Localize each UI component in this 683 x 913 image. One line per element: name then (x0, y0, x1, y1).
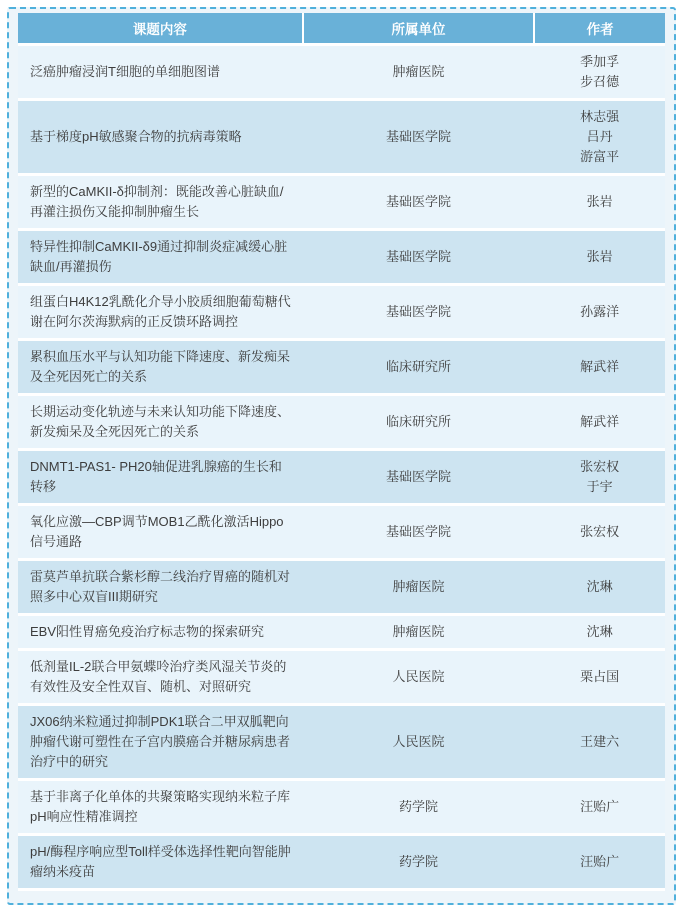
author-name: 汪贻广 (542, 797, 657, 817)
unit-cell: 基础医学院 (303, 230, 535, 285)
author-cell: 沈琳 (534, 560, 665, 615)
author-cell: 王建六 (534, 705, 665, 780)
author-name: 林志强 (542, 107, 657, 127)
table-row: 氧化应激—CBP调节MOB1乙酰化激活Hippo信号通路 基础医学院 张宏权 (18, 505, 665, 560)
topic-cell: EBV阳性胃癌免疫治疗标志物的探索研究 (18, 615, 303, 650)
table-row: 组蛋白H4K12乳酰化介导小胶质细胞葡萄糖代谢在阿尔茨海默病的正反馈环路调控 基… (18, 285, 665, 340)
table-row: DNMT1-PAS1- PH20轴促进乳腺癌的生长和转移 基础医学院 张宏权于宇 (18, 450, 665, 505)
table-row: 新型的CaMKII-δ抑制剂：既能改善心脏缺血/再灌注损伤又能抑制肿瘤生长 基础… (18, 175, 665, 230)
unit-cell: 临床研究所 (303, 395, 535, 450)
table-row: 泛癌肿瘤浸润T细胞的单细胞图谱 肿瘤医院 季加孚步召德 (18, 45, 665, 100)
author-name: 步召德 (542, 72, 657, 92)
author-cell: 张岩 (534, 175, 665, 230)
author-name: 张岩 (542, 192, 657, 212)
author-name: 吕丹 (542, 127, 657, 147)
unit-cell: 肿瘤医院 (303, 615, 535, 650)
table-row: EBV阳性胃癌免疫治疗标志物的探索研究 肿瘤医院 沈琳 (18, 615, 665, 650)
unit-cell: 药学院 (303, 780, 535, 835)
author-name: 汪贻广 (542, 852, 657, 872)
author-name: 栗占国 (542, 667, 657, 687)
unit-cell: 基础医学院 (303, 175, 535, 230)
table-row: 长期运动变化轨迹与未来认知功能下降速度、新发痴呆及全死因死亡的关系 临床研究所 … (18, 395, 665, 450)
column-header-topic: 课题内容 (18, 13, 303, 45)
topic-cell: 基于梯度pH敏感聚合物的抗病毒策略 (18, 100, 303, 175)
topic-cell: 累积血压水平与认知功能下降速度、新发痴呆及全死因死亡的关系 (18, 340, 303, 395)
author-name: 季加孚 (542, 52, 657, 72)
topic-cell: 低剂量IL-2联合甲氨蝶呤治疗类风湿关节炎的有效性及安全性双盲、随机、对照研究 (18, 650, 303, 705)
author-cell: 张宏权 (534, 505, 665, 560)
unit-cell: 肿瘤医院 (303, 45, 535, 100)
unit-cell: 基础医学院 (303, 285, 535, 340)
author-cell: 解武祥 (534, 340, 665, 395)
unit-cell: 肿瘤医院 (303, 560, 535, 615)
topic-cell: pH/酶程序响应型Toll样受体选择性靶向智能肿瘤纳米疫苗 (18, 835, 303, 890)
topic-cell: 雷莫芦单抗联合紫杉醇二线治疗胃癌的随机对照多中心双盲III期研究 (18, 560, 303, 615)
author-name: 张宏权 (542, 522, 657, 542)
table-row: 累积血压水平与认知功能下降速度、新发痴呆及全死因死亡的关系 临床研究所 解武祥 (18, 340, 665, 395)
unit-cell: 基础医学院 (303, 505, 535, 560)
topic-cell: 基于非离子化单体的共聚策略实现纳米粒子库pH响应性精准调控 (18, 780, 303, 835)
author-name: 于宇 (542, 477, 657, 497)
table-header-row: 课题内容 所属单位 作者 (18, 13, 665, 45)
author-cell: 张岩 (534, 230, 665, 285)
table-row: 基于非离子化单体的共聚策略实现纳米粒子库pH响应性精准调控 药学院 汪贻广 (18, 780, 665, 835)
author-cell: 林志强吕丹游富平 (534, 100, 665, 175)
author-name: 沈琳 (542, 577, 657, 597)
unit-cell: 人民医院 (303, 650, 535, 705)
table-row: 基于梯度pH敏感聚合物的抗病毒策略 基础医学院 林志强吕丹游富平 (18, 100, 665, 175)
column-header-author: 作者 (534, 13, 665, 45)
topic-cell: 泛癌肿瘤浸润T细胞的单细胞图谱 (18, 45, 303, 100)
topic-cell: JX06纳米粒通过抑制PDK1联合二甲双胍靶向肿瘤代谢可塑性在子宫内膜癌合并糖尿… (18, 705, 303, 780)
table-row: JX06纳米粒通过抑制PDK1联合二甲双胍靶向肿瘤代谢可塑性在子宫内膜癌合并糖尿… (18, 705, 665, 780)
topic-cell: 长期运动变化轨迹与未来认知功能下降速度、新发痴呆及全死因死亡的关系 (18, 395, 303, 450)
page-frame: 课题内容 所属单位 作者 泛癌肿瘤浸润T细胞的单细胞图谱 肿瘤医院 季加孚步召德… (7, 7, 676, 905)
unit-cell: 临床研究所 (303, 340, 535, 395)
unit-cell: 药学院 (303, 835, 535, 890)
author-name: 游富平 (542, 147, 657, 167)
unit-cell: 人民医院 (303, 705, 535, 780)
author-name: 孙露洋 (542, 302, 657, 322)
author-name: 张宏权 (542, 457, 657, 477)
table-body: 泛癌肿瘤浸润T细胞的单细胞图谱 肿瘤医院 季加孚步召德 基于梯度pH敏感聚合物的… (18, 45, 665, 890)
project-table: 课题内容 所属单位 作者 泛癌肿瘤浸润T细胞的单细胞图谱 肿瘤医院 季加孚步召德… (18, 13, 665, 891)
author-cell: 张宏权于宇 (534, 450, 665, 505)
author-name: 沈琳 (542, 622, 657, 642)
topic-cell: 新型的CaMKII-δ抑制剂：既能改善心脏缺血/再灌注损伤又能抑制肿瘤生长 (18, 175, 303, 230)
author-cell: 孙露洋 (534, 285, 665, 340)
table-row: 特异性抑制CaMKII-δ9通过抑制炎症减缓心脏缺血/再灌损伤 基础医学院 张岩 (18, 230, 665, 285)
column-header-unit: 所属单位 (303, 13, 535, 45)
author-name: 王建六 (542, 732, 657, 752)
author-cell: 季加孚步召德 (534, 45, 665, 100)
table-row: 低剂量IL-2联合甲氨蝶呤治疗类风湿关节炎的有效性及安全性双盲、随机、对照研究 … (18, 650, 665, 705)
author-name: 张岩 (542, 247, 657, 267)
topic-cell: 氧化应激—CBP调节MOB1乙酰化激活Hippo信号通路 (18, 505, 303, 560)
topic-cell: 特异性抑制CaMKII-δ9通过抑制炎症减缓心脏缺血/再灌损伤 (18, 230, 303, 285)
unit-cell: 基础医学院 (303, 450, 535, 505)
author-name: 解武祥 (542, 357, 657, 377)
author-cell: 汪贻广 (534, 835, 665, 890)
topic-cell: DNMT1-PAS1- PH20轴促进乳腺癌的生长和转移 (18, 450, 303, 505)
author-cell: 解武祥 (534, 395, 665, 450)
table-row: 雷莫芦单抗联合紫杉醇二线治疗胃癌的随机对照多中心双盲III期研究 肿瘤医院 沈琳 (18, 560, 665, 615)
author-cell: 栗占国 (534, 650, 665, 705)
author-name: 解武祥 (542, 412, 657, 432)
unit-cell: 基础医学院 (303, 100, 535, 175)
author-cell: 汪贻广 (534, 780, 665, 835)
author-cell: 沈琳 (534, 615, 665, 650)
topic-cell: 组蛋白H4K12乳酰化介导小胶质细胞葡萄糖代谢在阿尔茨海默病的正反馈环路调控 (18, 285, 303, 340)
table-row: pH/酶程序响应型Toll样受体选择性靶向智能肿瘤纳米疫苗 药学院 汪贻广 (18, 835, 665, 890)
